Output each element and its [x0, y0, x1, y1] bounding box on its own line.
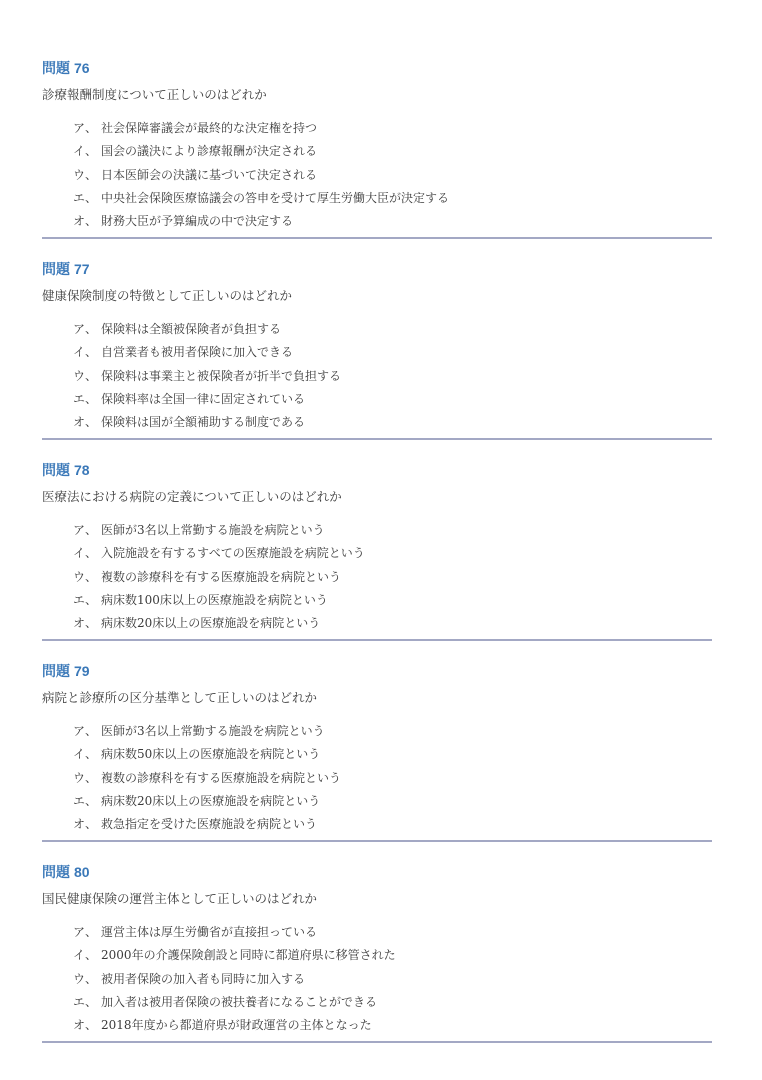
option-separator: 、	[85, 389, 97, 409]
option-separator: 、	[85, 211, 97, 231]
option-mark: エ	[73, 389, 85, 409]
option-text: 2018年度から都道府県が財政運営の主体となった	[101, 1018, 372, 1032]
question-number: 77	[74, 261, 90, 277]
question-80: 問題80 国民健康保険の運営主体として正しいのはどれか ア、運営主体は厚生労働省…	[42, 863, 712, 1064]
option-mark: オ	[73, 1015, 85, 1035]
option-separator: 、	[85, 814, 97, 834]
option-text: 被用者保険の加入者も同時に加入する	[101, 972, 305, 986]
option-mark: ア	[73, 319, 85, 339]
option-text: 救急指定を受けた医療施設を病院という	[101, 817, 317, 831]
question-label: 問題	[42, 261, 70, 277]
option-separator: 、	[85, 342, 97, 362]
option-text: 保険料は全額被保険者が負担する	[101, 322, 281, 336]
option-separator: 、	[85, 969, 97, 989]
option-mark: ウ	[73, 768, 85, 788]
option-separator: 、	[85, 188, 97, 208]
option-mark: イ	[73, 141, 85, 161]
section-divider	[42, 639, 712, 641]
option-list: ア、医師が3名以上常勤する施設を病院という イ、病床数50床以上の医療施設を病院…	[73, 721, 341, 837]
option-o: オ、病床数20床以上の医療施設を病院という	[73, 613, 365, 636]
option-separator: 、	[85, 721, 97, 741]
option-separator: 、	[85, 791, 97, 811]
option-text: 日本医師会の決議に基づいて決定される	[101, 168, 317, 182]
option-mark: イ	[73, 945, 85, 965]
option-i: イ、国会の議決により診療報酬が決定される	[73, 141, 449, 164]
option-text: 運営主体は厚生労働省が直接担っている	[101, 925, 317, 939]
option-separator: 、	[85, 567, 97, 587]
option-u: ウ、複数の診療科を有する医療施設を病院という	[73, 567, 365, 590]
option-mark: ア	[73, 520, 85, 540]
option-o: オ、救急指定を受けた医療施設を病院という	[73, 814, 341, 837]
option-a: ア、保険料は全額被保険者が負担する	[73, 319, 341, 342]
option-mark: エ	[73, 188, 85, 208]
option-mark: ウ	[73, 969, 85, 989]
option-text: 加入者は被用者保険の被扶養者になることができる	[101, 995, 377, 1009]
option-text: 病床数20床以上の医療施設を病院という	[101, 794, 320, 808]
question-78: 問題78 医療法における病院の定義について正しいのはどれか ア、医師が3名以上常…	[42, 461, 712, 662]
option-text: 保険料は国が全額補助する制度である	[101, 415, 305, 429]
question-header: 問題76	[42, 59, 90, 77]
option-e: エ、保険料率は全国一律に固定されている	[73, 389, 341, 412]
question-79: 問題79 病院と診療所の区分基準として正しいのはどれか ア、医師が3名以上常勤す…	[42, 662, 712, 863]
option-a: ア、医師が3名以上常勤する施設を病院という	[73, 721, 341, 744]
question-number: 78	[74, 462, 90, 478]
option-text: 医師が3名以上常勤する施設を病院という	[101, 724, 325, 738]
option-mark: オ	[73, 412, 85, 432]
option-mark: イ	[73, 543, 85, 563]
option-text: 社会保障審議会が最終的な決定権を持つ	[101, 121, 317, 135]
option-text: 2000年の介護保険創設と同時に都道府県に移管された	[101, 948, 396, 962]
option-text: 国会の議決により診療報酬が決定される	[101, 144, 317, 158]
question-header: 問題80	[42, 863, 90, 881]
option-separator: 、	[85, 366, 97, 386]
option-text: 病床数50床以上の医療施設を病院という	[101, 747, 320, 761]
question-label: 問題	[42, 663, 70, 679]
option-mark: ウ	[73, 165, 85, 185]
option-separator: 、	[85, 319, 97, 339]
option-separator: 、	[85, 613, 97, 633]
option-text: 病床数100床以上の医療施設を病院という	[101, 593, 328, 607]
section-divider	[42, 237, 712, 239]
option-i: イ、自営業者も被用者保険に加入できる	[73, 342, 341, 365]
question-header: 問題79	[42, 662, 90, 680]
option-mark: オ	[73, 814, 85, 834]
option-text: 中央社会保険医療協議会の答申を受けて厚生労働大臣が決定する	[101, 191, 449, 205]
question-text: 診療報酬制度について正しいのはどれか	[42, 85, 267, 105]
option-u: ウ、日本医師会の決議に基づいて決定される	[73, 165, 449, 188]
option-o: オ、財務大臣が予算編成の中で決定する	[73, 211, 449, 234]
question-label: 問題	[42, 462, 70, 478]
option-separator: 、	[85, 992, 97, 1012]
option-e: エ、加入者は被用者保険の被扶養者になることができる	[73, 992, 396, 1015]
question-number: 76	[74, 60, 90, 76]
option-text: 自営業者も被用者保険に加入できる	[101, 345, 293, 359]
option-mark: エ	[73, 791, 85, 811]
option-mark: ア	[73, 118, 85, 138]
question-number: 80	[74, 864, 90, 880]
option-separator: 、	[85, 922, 97, 942]
option-i: イ、2000年の介護保険創設と同時に都道府県に移管された	[73, 945, 396, 968]
option-separator: 、	[85, 1015, 97, 1035]
option-u: ウ、保険料は事業主と被保険者が折半で負担する	[73, 366, 341, 389]
option-separator: 、	[85, 165, 97, 185]
option-e: エ、病床数20床以上の医療施設を病院という	[73, 791, 341, 814]
question-label: 問題	[42, 60, 70, 76]
option-separator: 、	[85, 744, 97, 764]
option-list: ア、保険料は全額被保険者が負担する イ、自営業者も被用者保険に加入できる ウ、保…	[73, 319, 341, 435]
question-76: 問題76 診療報酬制度について正しいのはどれか ア、社会保障審議会が最終的な決定…	[42, 59, 712, 260]
option-text: 入院施設を有するすべての医療施設を病院という	[101, 546, 365, 560]
option-u: ウ、被用者保険の加入者も同時に加入する	[73, 969, 396, 992]
option-mark: イ	[73, 744, 85, 764]
option-e: エ、病床数100床以上の医療施設を病院という	[73, 590, 365, 613]
option-o: オ、2018年度から都道府県が財政運営の主体となった	[73, 1015, 396, 1038]
option-text: 財務大臣が予算編成の中で決定する	[101, 214, 293, 228]
option-a: ア、社会保障審議会が最終的な決定権を持つ	[73, 118, 449, 141]
option-mark: エ	[73, 590, 85, 610]
option-separator: 、	[85, 118, 97, 138]
option-mark: エ	[73, 992, 85, 1012]
section-divider	[42, 1041, 712, 1043]
question-label: 問題	[42, 864, 70, 880]
exam-page: 問題76 診療報酬制度について正しいのはどれか ア、社会保障審議会が最終的な決定…	[0, 0, 762, 1080]
option-i: イ、病床数50床以上の医療施設を病院という	[73, 744, 341, 767]
option-list: ア、運営主体は厚生労働省が直接担っている イ、2000年の介護保険創設と同時に都…	[73, 922, 396, 1038]
option-separator: 、	[85, 412, 97, 432]
option-o: オ、保険料は国が全額補助する制度である	[73, 412, 341, 435]
question-text: 病院と診療所の区分基準として正しいのはどれか	[42, 688, 317, 708]
section-divider	[42, 840, 712, 842]
option-mark: オ	[73, 211, 85, 231]
option-e: エ、中央社会保険医療協議会の答申を受けて厚生労働大臣が決定する	[73, 188, 449, 211]
option-text: 病床数20床以上の医療施設を病院という	[101, 616, 320, 630]
option-a: ア、医師が3名以上常勤する施設を病院という	[73, 520, 365, 543]
option-mark: ア	[73, 922, 85, 942]
question-header: 問題77	[42, 260, 90, 278]
option-separator: 、	[85, 590, 97, 610]
option-i: イ、入院施設を有するすべての医療施設を病院という	[73, 543, 365, 566]
option-mark: ウ	[73, 567, 85, 587]
option-text: 複数の診療科を有する医療施設を病院という	[101, 570, 341, 584]
option-a: ア、運営主体は厚生労働省が直接担っている	[73, 922, 396, 945]
option-mark: イ	[73, 342, 85, 362]
section-divider	[42, 438, 712, 440]
option-list: ア、医師が3名以上常勤する施設を病院という イ、入院施設を有するすべての医療施設…	[73, 520, 365, 636]
option-separator: 、	[85, 945, 97, 965]
option-mark: ウ	[73, 366, 85, 386]
option-separator: 、	[85, 543, 97, 563]
option-text: 保険料率は全国一律に固定されている	[101, 392, 305, 406]
option-text: 複数の診療科を有する医療施設を病院という	[101, 771, 341, 785]
option-separator: 、	[85, 141, 97, 161]
question-number: 79	[74, 663, 90, 679]
question-text: 健康保険制度の特徴として正しいのはどれか	[42, 286, 292, 306]
option-u: ウ、複数の診療科を有する医療施設を病院という	[73, 768, 341, 791]
option-separator: 、	[85, 768, 97, 788]
question-header: 問題78	[42, 461, 90, 479]
option-mark: オ	[73, 613, 85, 633]
option-mark: ア	[73, 721, 85, 741]
option-separator: 、	[85, 520, 97, 540]
option-text: 医師が3名以上常勤する施設を病院という	[101, 523, 325, 537]
question-text: 医療法における病院の定義について正しいのはどれか	[42, 487, 342, 507]
question-text: 国民健康保険の運営主体として正しいのはどれか	[42, 889, 317, 909]
option-list: ア、社会保障審議会が最終的な決定権を持つ イ、国会の議決により診療報酬が決定され…	[73, 118, 449, 234]
option-text: 保険料は事業主と被保険者が折半で負担する	[101, 369, 341, 383]
question-77: 問題77 健康保険制度の特徴として正しいのはどれか ア、保険料は全額被保険者が負…	[42, 260, 712, 461]
